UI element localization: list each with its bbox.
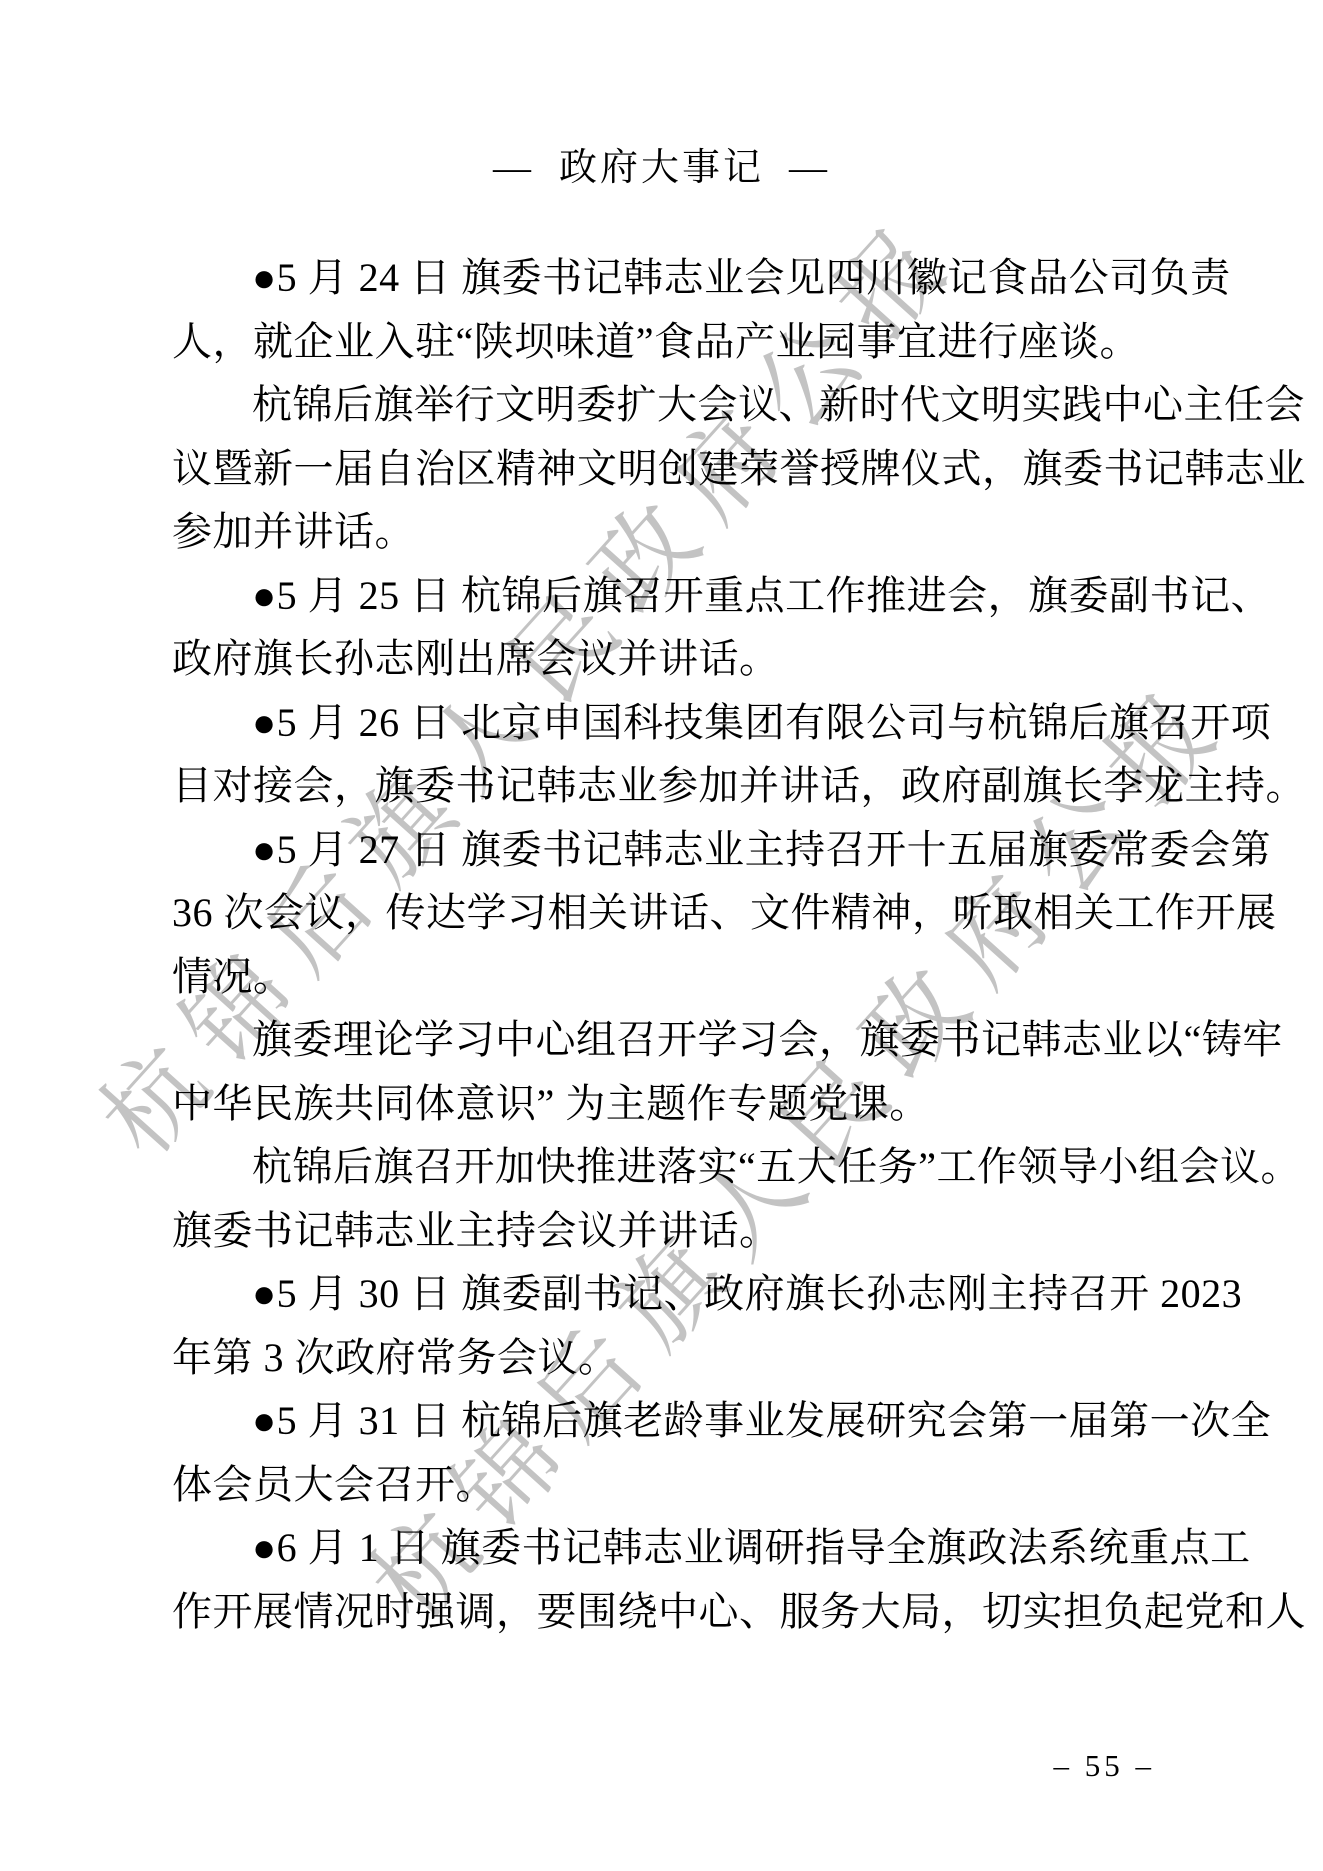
text-line: ●5 月 31 日 杭锦后旗老龄事业发展研究会第一届第一次全	[172, 1389, 1172, 1453]
text-line: 杭锦后旗召开加快推进落实“五大任务”工作领导小组会议。	[172, 1135, 1172, 1199]
text-line: ●5 月 30 日 旗委副书记、政府旗长孙志刚主持召开 2023	[172, 1262, 1172, 1326]
text-line: ●5 月 26 日 北京申国科技集团有限公司与杭锦后旗召开项	[172, 691, 1172, 755]
text-line: 杭锦后旗举行文明委扩大会议、新时代文明实践中心主任会	[172, 373, 1172, 437]
text-line: 人，就企业入驻“陕坝味道”食品产业园事宜进行座谈。	[172, 310, 1172, 374]
gazette-page: 杭锦后旗人民政府公报 杭锦后旗人民政府公报 — 政府大事记 — ●5 月 24 …	[0, 0, 1323, 1871]
text-line: 参加并讲话。	[172, 500, 1172, 564]
text-line: 议暨新一届自治区精神文明创建荣誉授牌仪式，旗委书记韩志业	[172, 437, 1172, 501]
text-line: 情况。	[172, 945, 1172, 1009]
text-line: 体会员大会召开。	[172, 1453, 1172, 1517]
text-line: ●5 月 27 日 旗委书记韩志业主持召开十五届旗委常委会第	[172, 818, 1172, 882]
text-line: 政府旗长孙志刚出席会议并讲话。	[172, 627, 1172, 691]
text-line: 旗委书记韩志业主持会议并讲话。	[172, 1199, 1172, 1263]
page-title: — 政府大事记 —	[0, 136, 1323, 191]
text-line: ●6 月 1 日 旗委书记韩志业调研指导全旗政法系统重点工	[172, 1516, 1172, 1580]
text-line: ●5 月 25 日 杭锦后旗召开重点工作推进会，旗委副书记、	[172, 564, 1172, 628]
document-body: ●5 月 24 日 旗委书记韩志业会见四川徽记食品公司负责 人，就企业入驻“陕坝…	[172, 246, 1172, 1643]
text-line: 中华民族共同体意识” 为主题作专题党课。	[172, 1072, 1172, 1136]
text-line: 旗委理论学习中心组召开学习会，旗委书记韩志业以“铸牢	[172, 1008, 1172, 1072]
text-line: 36 次会议，传达学习相关讲话、文件精神，听取相关工作开展	[172, 881, 1172, 945]
text-line: 年第 3 次政府常务会议。	[172, 1326, 1172, 1390]
page-number: – 55 –	[1054, 1748, 1156, 1784]
text-line: 作开展情况时强调，要围绕中心、服务大局，切实担负起党和人	[172, 1580, 1172, 1644]
text-line: ●5 月 24 日 旗委书记韩志业会见四川徽记食品公司负责	[172, 246, 1172, 310]
text-line: 目对接会，旗委书记韩志业参加并讲话，政府副旗长李龙主持。	[172, 754, 1172, 818]
